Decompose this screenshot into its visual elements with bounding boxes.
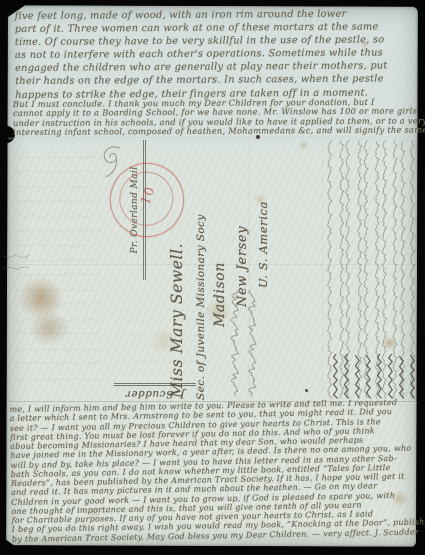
script-squiggle [2, 248, 30, 274]
addressee-name: Miss Mary Sewell. [168, 243, 186, 398]
cross-writing-heavy-strokes [330, 354, 418, 400]
addressee-country: U. S. America [256, 201, 270, 288]
sender-signature-docket: J. Scudder [114, 383, 196, 400]
letter-body-bottom: me, I will inform him and beg him to wri… [9, 398, 417, 544]
letter-body-top-closing: But I must conclude. I thank you much my… [13, 98, 417, 138]
margin-scribble [2, 248, 30, 278]
addressee-title: Sec. of Juvenile Missionary Socy [195, 214, 207, 400]
script-squiggle [330, 354, 418, 400]
tamil-script-note [226, 290, 258, 398]
ink-speck [305, 389, 308, 392]
letter-body-top-paragraph: five feet long, made of wood, with an ir… [15, 7, 416, 101]
script-squiggle [226, 290, 258, 398]
scanned-letter-image: five feet long, made of wood, with an ir… [0, 0, 425, 555]
